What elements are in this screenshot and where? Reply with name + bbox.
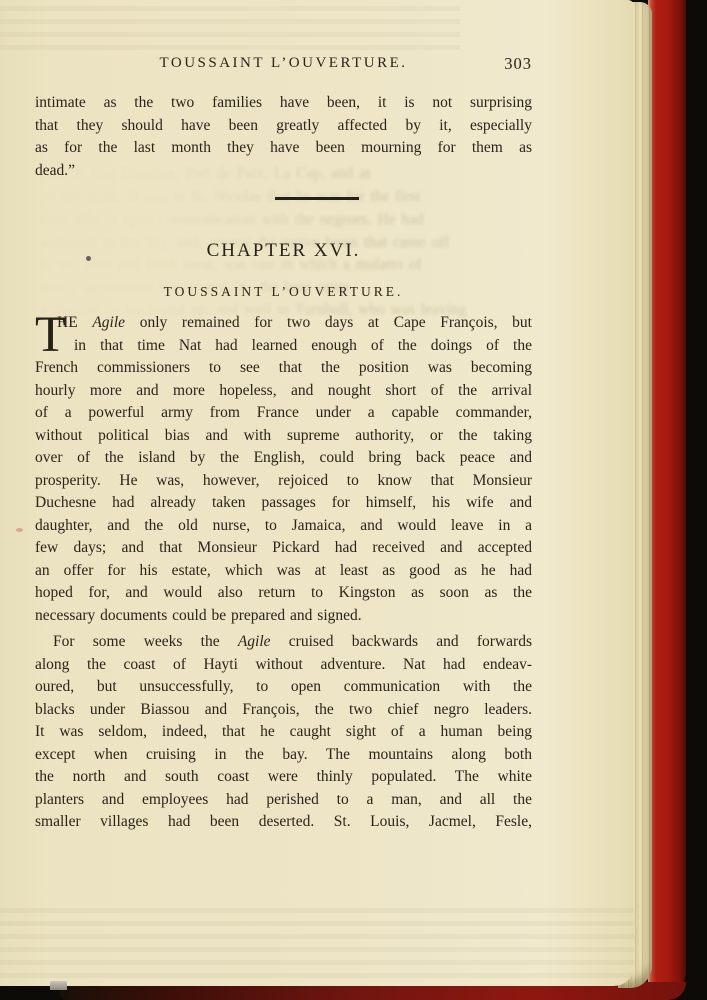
body-paragraph-2: For some weeks the Agile cruised backwar… xyxy=(35,631,532,834)
section-divider-rule xyxy=(275,197,359,200)
chapter-heading: CHAPTER XVI. xyxy=(35,240,532,266)
book-holder-tab xyxy=(50,981,67,990)
chapter-subheading: TOUSSAINT L’OUVERTURE. xyxy=(35,284,532,304)
book-cover-edge-right xyxy=(648,0,686,998)
scan-band-texture-bottom xyxy=(0,908,634,982)
scan-band-texture-top xyxy=(0,6,460,58)
text-line: except when cruising in the bay. The mou… xyxy=(35,744,532,767)
text-line: as for the last month they have been mou… xyxy=(35,137,532,160)
text-line: hoped for, and would also return to King… xyxy=(35,582,532,605)
text-line: an offer for his estate, which was at le… xyxy=(35,560,532,583)
text-line: Duchesne had already taken passages for … xyxy=(35,492,532,515)
running-head: TOUSSAINT L’OUVERTURE. 303 xyxy=(35,55,532,81)
text-line: French commissioners to see that the pos… xyxy=(35,357,532,380)
intro-paragraph: intimate as the two families have been, … xyxy=(35,92,532,182)
text-line: time able to open communication with the… xyxy=(40,209,540,232)
text-line: over of the island by the English, could… xyxy=(35,447,532,470)
text-line: planters and employees had perished to a… xyxy=(35,789,532,812)
text-line: intimate as the two families have been, … xyxy=(35,92,532,115)
pink-speck xyxy=(16,528,23,532)
text-line: smaller villages had been deserted. St. … xyxy=(35,811,532,834)
text-line: few days; and that Monsieur Pickard had … xyxy=(35,537,532,560)
text-line: necessary documents could be prepared an… xyxy=(35,605,532,628)
body-paragraph-1: HE Agile only remained for two days at C… xyxy=(35,312,532,627)
text-line: oured, but unsuccessfully, to open commu… xyxy=(35,676,532,699)
ink-speck xyxy=(86,256,91,261)
text-line: in that time Nat had learned enough of t… xyxy=(35,335,532,358)
text-line: of a powerful army from France under a c… xyxy=(35,402,532,425)
text-line: prosperity. He was, however, rejoiced to… xyxy=(35,470,532,493)
text-line: blacks under Biassou and François, the t… xyxy=(35,699,532,722)
text-line: without political bias and with supreme … xyxy=(35,425,532,448)
paper-page: case at Fort Dauphin, Port de Paix, La C… xyxy=(0,0,634,986)
text-line: hourly more and more hopeless, and nough… xyxy=(35,380,532,403)
page-number: 303 xyxy=(504,54,532,74)
text-line: that they should have been greatly affec… xyxy=(35,115,532,138)
text-line: For some weeks the Agile cruised backwar… xyxy=(35,631,532,654)
text-line: along the coast of Hayti without adventu… xyxy=(35,654,532,677)
text-line: dead.” xyxy=(35,160,532,183)
running-title: TOUSSAINT L’OUVERTURE. xyxy=(35,55,532,72)
text-line: It was seldom, indeed, that he caught si… xyxy=(35,721,532,744)
text-line: HE Agile only remained for two days at C… xyxy=(35,312,532,335)
text-line: the north and south coast were thinly po… xyxy=(35,766,532,789)
text-line: daughter, and the old nurse, to Jamaica,… xyxy=(35,515,532,538)
book-scan-page: case at Fort Dauphin, Port de Paix, La C… xyxy=(0,0,707,1000)
